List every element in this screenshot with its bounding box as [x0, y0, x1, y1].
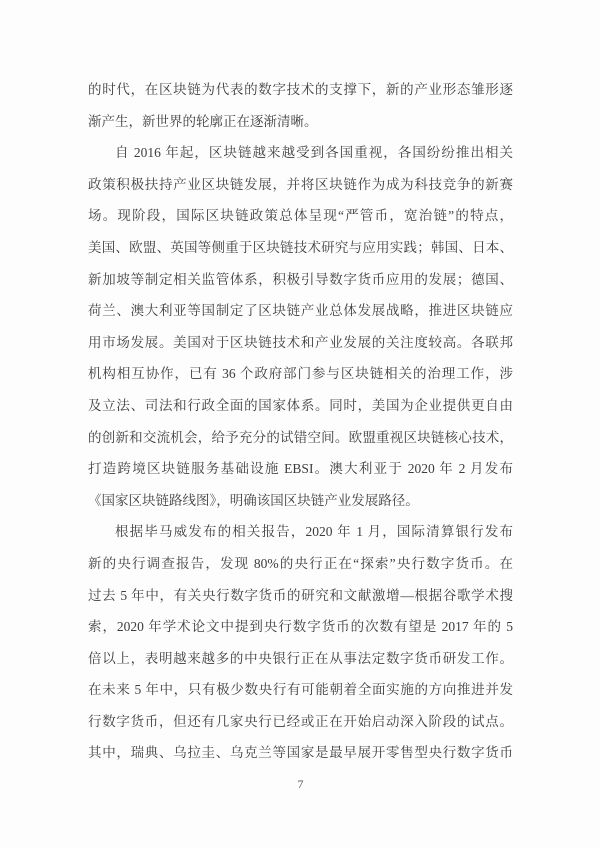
text-line: 行数字货币，但还有几家央行已经或正在开始启动深入阶段的试点。 — [88, 706, 513, 738]
page-number: 7 — [88, 776, 513, 792]
text-line: 的时代，在区块链为代表的数字技术的支撑下，新的产业形态雏形逐 — [88, 74, 513, 106]
text-line: 倍以上，表明越来越多的中央银行正在从事法定数字货币研发工作。 — [88, 643, 513, 675]
text-line: 索，2020 年学术论文中提到央行数字货币的次数有望是 2017 年的 5 — [88, 611, 513, 643]
text-line: 自 2016 年起，区块链越来越受到各国重视，各国纷纷推出相关 — [88, 137, 513, 169]
text-line: 场。现阶段，国际区块链政策总体呈现“严管币，宽治链”的特点， — [88, 200, 513, 232]
text-line: 的创新和交流机会，给予充分的试错空间。欧盟重视区块链核心技术， — [88, 422, 513, 454]
paragraph-3: 根据毕马威发布的相关报告，2020 年 1 月，国际清算银行发布新的央行调查报告… — [88, 516, 513, 769]
text-line: 机构相互协作，已有 36 个政府部门参与区块链相关的治理工作，涉 — [88, 358, 513, 390]
text-line: 新加坡等制定相关监管体系，积极引导数字货币应用的发展；德国、 — [88, 264, 513, 296]
text-line: 根据毕马威发布的相关报告，2020 年 1 月，国际清算银行发布 — [88, 516, 513, 548]
text-line: 过去 5 年中，有关央行数字货币的研究和文献激增—根据谷歌学术搜 — [88, 580, 513, 612]
text-line: 荷兰、澳大利亚等国制定了区块链产业总体发展战略，推进区块链应 — [88, 295, 513, 327]
text-line: 其中，瑞典、乌拉圭、乌克兰等国家是最早展开零售型央行数字货币 — [88, 737, 513, 769]
text-line: 美国、欧盟、英国等侧重于区块链技术研究与应用实践；韩国、日本、 — [88, 232, 513, 264]
paragraph-2: 自 2016 年起，区块链越来越受到各国重视，各国纷纷推出相关政策积极扶持产业区… — [88, 137, 513, 516]
document-page: 的时代，在区块链为代表的数字技术的支撑下，新的产业形态雏形逐渐产生，新世界的轮廓… — [0, 0, 600, 848]
text-line: 政策积极扶持产业区块链发展，并将区块链作为成为科技竞争的新赛 — [88, 169, 513, 201]
text-line: 及立法、司法和行政全面的国家体系。同时，美国为企业提供更自由 — [88, 390, 513, 422]
paragraph-1: 的时代，在区块链为代表的数字技术的支撑下，新的产业形态雏形逐渐产生，新世界的轮廓… — [88, 74, 513, 137]
text-line: 在未来 5 年中，只有极少数央行有可能朝着全面实施的方向推进并发 — [88, 674, 513, 706]
text-line: 新的央行调查报告，发现 80%的央行正在“探索”央行数字货币。在 — [88, 548, 513, 580]
text-line: 打造跨境区块链服务基础设施 EBSI。澳大利亚于 2020 年 2 月发布 — [88, 453, 513, 485]
page-body-text: 的时代，在区块链为代表的数字技术的支撑下，新的产业形态雏形逐渐产生，新世界的轮廓… — [88, 74, 513, 769]
text-line: 渐产生，新世界的轮廓正在逐渐清晰。 — [88, 106, 513, 138]
text-line: 《国家区块链路线图》，明确该国区块链产业发展路径。 — [88, 485, 513, 517]
text-line: 用市场发展。美国对于区块链技术和产业发展的关注度较高。各联邦 — [88, 327, 513, 359]
